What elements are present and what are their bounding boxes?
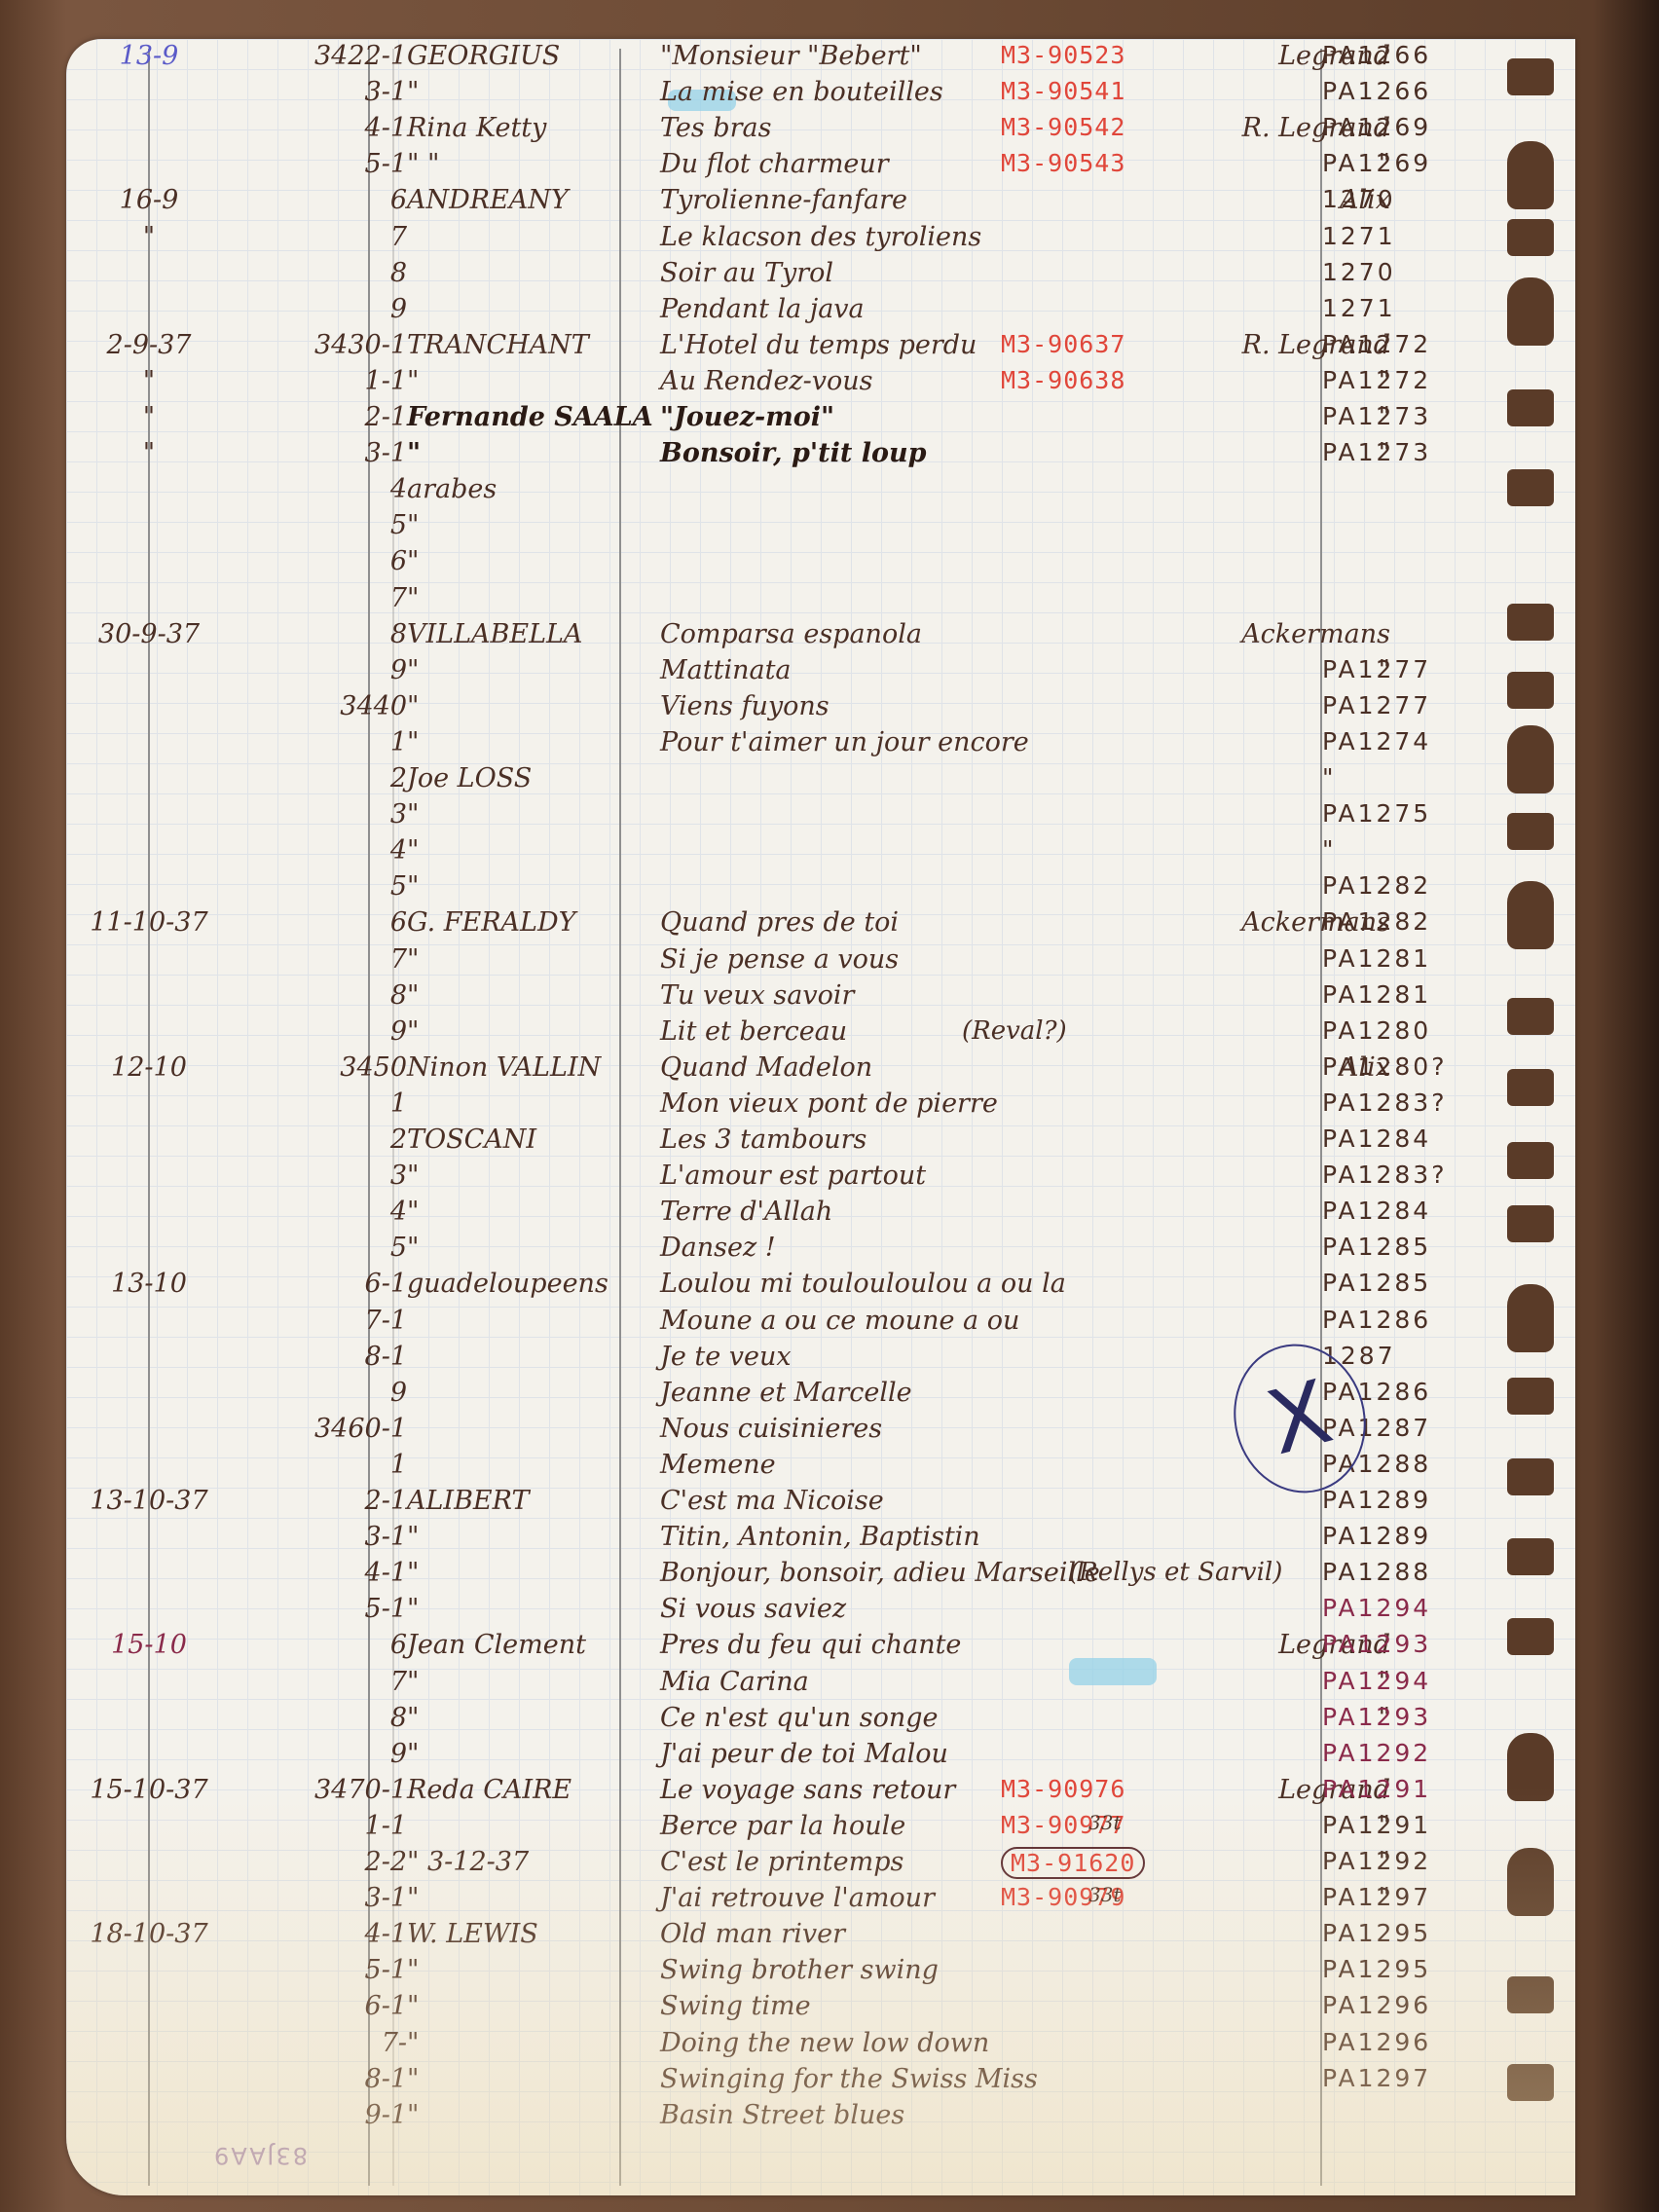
date-cell: 16-9 xyxy=(76,185,222,215)
margin-note: (Rellys et Sarvil) xyxy=(1069,1558,1282,1587)
pa-number-cell: PA1296 xyxy=(1322,1991,1527,2019)
pa-number-cell: PA1280? xyxy=(1322,1052,1527,1081)
matrix-number-cell: 8 xyxy=(212,1703,407,1733)
title-cell: Nous cuisinieres xyxy=(660,1414,1205,1444)
pa-number-cell: PA1273 xyxy=(1322,402,1527,430)
pa-number-cell: PA1282 xyxy=(1322,907,1527,936)
artist-cell: " xyxy=(407,1558,680,1588)
pa-number-cell: 1271 xyxy=(1322,222,1527,250)
title-cell: Je te veux xyxy=(660,1342,1205,1372)
matrix-number-cell: 3 xyxy=(212,799,407,829)
title-cell: Comparsa espanola xyxy=(660,619,1205,649)
table-row: 2TOSCANILes 3 tamboursPA1284 xyxy=(66,1124,1575,1161)
matrix-number-cell: 5-1 xyxy=(212,149,407,179)
table-row: 7" xyxy=(66,583,1575,619)
table-row: 5-1"Swing brother swingPA1295 xyxy=(66,1955,1575,1991)
date-cell: 30-9-37 xyxy=(76,619,222,649)
title-cell: Tyrolienne-fanfare xyxy=(660,185,1205,215)
pa-number-cell: PA1294 xyxy=(1322,1594,1527,1622)
title-cell: Pour t'aimer un jour encore xyxy=(660,727,1205,757)
table-row: 9-1"Basin Street blues xyxy=(66,2100,1575,2136)
artist-cell: " xyxy=(407,1739,680,1769)
artist-cell: " xyxy=(407,546,680,576)
table-row: 16-96ANDREANYTyrolienne-fanfareAlix1270 xyxy=(66,185,1575,221)
artist-cell: GEORGIUS xyxy=(407,41,680,71)
matrix-number-cell: 3470-1 xyxy=(212,1775,407,1805)
matrix-number-cell: 4-1 xyxy=(212,1558,407,1588)
matrix-number-cell: 4 xyxy=(212,1197,407,1227)
pa-number-cell: PA1285 xyxy=(1322,1233,1527,1261)
title-cell: Terre d'Allah xyxy=(660,1197,1205,1227)
table-row: 4arabes xyxy=(66,474,1575,510)
artist-cell: " xyxy=(407,727,680,757)
artist-cell: " xyxy=(407,799,680,829)
matrix-number-cell: 4-1 xyxy=(212,113,407,143)
table-row: 8-1"Swinging for the Swiss MissPA1297 xyxy=(66,2064,1575,2100)
pa-number-cell: PA1266 xyxy=(1322,41,1527,69)
artist-cell: " xyxy=(407,2064,680,2094)
pa-number-cell: PA1289 xyxy=(1322,1486,1527,1514)
table-row: 3440"Viens fuyonsPA1277 xyxy=(66,691,1575,727)
artist-cell: Ninon VALLIN xyxy=(407,1052,680,1083)
pa-number-cell: 1270 xyxy=(1322,185,1527,213)
title-cell: Ce n'est qu'un songe xyxy=(660,1703,1205,1733)
matrix-number-cell: 5 xyxy=(212,871,407,902)
title-cell: Basin Street blues xyxy=(660,2100,1205,2130)
table-row: 4-1Rina KettyTes brasM3-90542R. LegrandP… xyxy=(66,113,1575,149)
matrix-number-cell: 5 xyxy=(212,1233,407,1263)
table-row: 5"Dansez !PA1285 xyxy=(66,1233,1575,1269)
table-row: "7Le klacson des tyroliens1271 xyxy=(66,222,1575,258)
pa-number-cell: 1287 xyxy=(1322,1342,1527,1370)
table-row: "3-1"Bonsoir, p'tit loup"PA1273 xyxy=(66,438,1575,474)
title-cell: Berce par la houle xyxy=(660,1811,991,1841)
matrix-number-cell: 8 xyxy=(212,258,407,288)
artist-cell: ANDREANY xyxy=(407,185,680,215)
title-cell: Si je pense a vous xyxy=(660,944,1205,975)
title-cell: Doing the new low down xyxy=(660,2028,1205,2058)
table-row: 13-93422-1GEORGIUS"Monsieur "Bebert"M3-9… xyxy=(66,41,1575,77)
table-row: 3-1"La mise en bouteillesM3-90541PA1266 xyxy=(66,77,1575,113)
title-cell: Si vous saviez xyxy=(660,1594,1205,1624)
reference-cell: M3-91620 xyxy=(1001,1847,1145,1879)
artist-cell: " xyxy=(407,1594,680,1624)
date-cell: " xyxy=(76,222,222,252)
title-cell: Quand pres de toi xyxy=(660,907,1205,938)
title-cell: Loulou mi toulouloulou a ou la xyxy=(660,1269,1205,1299)
margin-note: (Reval?) xyxy=(962,1016,1067,1046)
pa-number-cell: PA1285 xyxy=(1322,1269,1527,1297)
pa-number-cell: PA1292 xyxy=(1322,1739,1527,1767)
title-cell: "Jouez-moi" xyxy=(660,402,1205,432)
artist-cell: " 3-12-37 xyxy=(407,1847,680,1877)
table-row: 8"Ce n'est qu'un songe"PA1293 xyxy=(66,1703,1575,1739)
title-cell: Pres du feu qui chante xyxy=(660,1630,1205,1660)
title-cell: Au Rendez-vous xyxy=(660,366,991,396)
title-cell: Titin, Antonin, Baptistin xyxy=(660,1522,1205,1552)
artist-cell: Fernande SAALA xyxy=(407,402,680,432)
matrix-number-cell: 9 xyxy=(212,294,407,324)
pa-number-cell: PA1284 xyxy=(1322,1124,1527,1153)
title-cell: Tu veux savoir xyxy=(660,980,1205,1011)
matrix-number-cell: 7 xyxy=(212,583,407,613)
title-cell: Mon vieux pont de pierre xyxy=(660,1088,1205,1119)
matrix-number-cell: 2 xyxy=(212,763,407,793)
artist-cell: G. FERALDY xyxy=(407,907,680,938)
pa-number-cell: PA1277 xyxy=(1322,691,1527,719)
table-row: 18-10-374-1W. LEWISOld man riverPA1295 xyxy=(66,1919,1575,1955)
matrix-number-cell: 4-1 xyxy=(212,1919,407,1949)
artist-cell: ALIBERT xyxy=(407,1486,680,1516)
date-cell: 15-10 xyxy=(76,1630,222,1660)
artist-cell: " xyxy=(407,77,680,107)
artist-cell: " xyxy=(407,1522,680,1552)
pa-number-cell: PA1281 xyxy=(1322,944,1527,973)
matrix-number-cell: 8-1 xyxy=(212,1342,407,1372)
matrix-number-cell: 7 xyxy=(212,1667,407,1697)
title-cell: L'amour est partout xyxy=(660,1161,1205,1191)
matrix-number-cell: 7- xyxy=(212,2028,407,2058)
title-cell: Old man river xyxy=(660,1919,1205,1949)
margin-note: 33t xyxy=(1088,1883,1122,1906)
reference-cell: M3-90637 xyxy=(1001,330,1125,358)
pa-number-cell: 1270 xyxy=(1322,258,1527,286)
artist-cell: TOSCANI xyxy=(407,1124,680,1155)
artist-cell: " xyxy=(407,655,680,685)
matrix-number-cell: 6-1 xyxy=(212,1269,407,1299)
ink-stamp: 83JAA9 xyxy=(212,2142,308,2169)
reference-cell: M3-90638 xyxy=(1001,366,1125,394)
date-cell: " xyxy=(76,402,222,432)
table-row: 3-1"J'ai retrouve l'amourM3-90979"PA1297… xyxy=(66,1883,1575,1919)
table-row: 9"Lit et berceauPA1280(Reval?) xyxy=(66,1016,1575,1052)
artist-cell: " xyxy=(407,944,680,975)
table-row: 4"Terre d'AllahPA1284 xyxy=(66,1197,1575,1233)
table-row: 1-1Berce par la houleM3-90977"PA129133t xyxy=(66,1811,1575,1847)
matrix-number-cell: 1 xyxy=(212,1450,407,1480)
matrix-number-cell: 9 xyxy=(212,655,407,685)
table-row: 1Mon vieux pont de pierrePA1283? xyxy=(66,1088,1575,1124)
reference-cell: M3-90542 xyxy=(1001,113,1125,141)
table-row: 8"Tu veux savoirPA1281 xyxy=(66,980,1575,1016)
title-cell: L'Hotel du temps perdu xyxy=(660,330,991,360)
title-cell: Du flot charmeur xyxy=(660,149,991,179)
pa-number-cell: PA1288 xyxy=(1322,1558,1527,1586)
matrix-number-cell: 6-1 xyxy=(212,1991,407,2021)
matrix-number-cell: 5-1 xyxy=(212,1594,407,1624)
title-cell: J'ai peur de toi Malou xyxy=(660,1739,1205,1769)
title-cell: Le klacson des tyroliens xyxy=(660,222,1205,252)
table-row: 7"Si je pense a vousPA1281 xyxy=(66,944,1575,980)
artist-cell: " xyxy=(407,1233,680,1263)
table-row: 4"" xyxy=(66,835,1575,871)
date-cell: 15-10-37 xyxy=(76,1775,222,1805)
table-row: 3"L'amour est partoutPA1283? xyxy=(66,1161,1575,1197)
pa-number-cell: PA1280 xyxy=(1322,1016,1527,1045)
matrix-number-cell: 7-1 xyxy=(212,1306,407,1336)
matrix-number-cell: 3430-1 xyxy=(212,330,407,360)
pa-number-cell: PA1269 xyxy=(1322,113,1527,141)
title-cell: Swing brother swing xyxy=(660,1955,1205,1985)
table-row: 15-106Jean ClementPres du feu qui chante… xyxy=(66,1630,1575,1666)
pa-number-cell: 1271 xyxy=(1322,294,1527,322)
table-row: "1-1"Au Rendez-vousM3-90638"PA1272 xyxy=(66,366,1575,402)
date-cell: " xyxy=(76,438,222,468)
artist-cell: " xyxy=(407,835,680,866)
pa-number-cell: PA1295 xyxy=(1322,1955,1527,1983)
title-cell: Le voyage sans retour xyxy=(660,1775,991,1805)
pa-number-cell: PA1297 xyxy=(1322,2064,1527,2092)
title-cell: Mia Carina xyxy=(660,1667,1205,1697)
matrix-number-cell: 1-1 xyxy=(212,1811,407,1841)
margin-note: 33t xyxy=(1088,1811,1122,1834)
table-row: 9"J'ai peur de toi MalouPA1292 xyxy=(66,1739,1575,1775)
table-row: 3"PA1275 xyxy=(66,799,1575,835)
pa-number-cell: PA1266 xyxy=(1322,77,1527,105)
title-cell: Quand Madelon xyxy=(660,1052,1205,1083)
artist-cell: " xyxy=(407,1016,680,1047)
artist-cell: VILLABELLA xyxy=(407,619,680,649)
table-row: "2-1Fernande SAALA"Jouez-moi""PA1273 xyxy=(66,402,1575,438)
artist-cell: " xyxy=(407,871,680,902)
table-row: 9Pendant la java1271 xyxy=(66,294,1575,330)
matrix-number-cell: 9 xyxy=(212,1739,407,1769)
artist-cell: TRANCHANT xyxy=(407,330,680,360)
table-row: 5-1" "Du flot charmeurM3-90543"PA1269 xyxy=(66,149,1575,185)
artist-cell: " xyxy=(407,1955,680,1985)
artist-cell: " xyxy=(407,2100,680,2130)
date-cell: 13-9 xyxy=(76,41,222,71)
date-cell: 12-10 xyxy=(76,1052,222,1083)
table-row: 15-10-373470-1Reda CAIRELe voyage sans r… xyxy=(66,1775,1575,1811)
title-cell: Tes bras xyxy=(660,113,991,143)
title-cell: Jeanne et Marcelle xyxy=(660,1378,1205,1408)
matrix-number-cell: 3-1 xyxy=(212,77,407,107)
matrix-number-cell: 8 xyxy=(212,980,407,1011)
table-row: 5-1"Si vous saviezPA1294 xyxy=(66,1594,1575,1630)
title-cell: "Monsieur "Bebert" xyxy=(660,41,991,71)
pa-number-cell: PA1291 xyxy=(1322,1775,1527,1803)
matrix-number-cell: 4 xyxy=(212,474,407,504)
title-cell: Bonsoir, p'tit loup xyxy=(660,438,1205,468)
date-cell: 13-10 xyxy=(76,1269,222,1299)
artist-cell: Reda CAIRE xyxy=(407,1775,680,1805)
pa-number-cell: PA1283? xyxy=(1322,1088,1527,1117)
pa-number-cell: PA1295 xyxy=(1322,1919,1527,1947)
matrix-number-cell: 3-1 xyxy=(212,1522,407,1552)
matrix-number-cell: 3-1 xyxy=(212,1883,407,1913)
table-row: 2Joe LOSS" xyxy=(66,763,1575,799)
table-row: 7"Mia Carina"PA1294 xyxy=(66,1667,1575,1703)
artist-cell: W. LEWIS xyxy=(407,1919,680,1949)
matrix-number-cell: 6 xyxy=(212,185,407,215)
pa-number-cell: PA1272 xyxy=(1322,366,1527,394)
matrix-number-cell: 5 xyxy=(212,510,407,540)
pa-number-cell: PA1291 xyxy=(1322,1811,1527,1839)
matrix-number-cell: 3440 xyxy=(212,691,407,721)
artist-cell: " " xyxy=(407,149,680,179)
matrix-number-cell: 9 xyxy=(212,1378,407,1408)
pa-number-cell: PA1293 xyxy=(1322,1630,1527,1658)
pa-number-cell: PA1272 xyxy=(1322,330,1527,358)
title-cell: J'ai retrouve l'amour xyxy=(660,1883,991,1913)
date-cell: " xyxy=(76,366,222,396)
table-row: 7-"Doing the new low downPA1296 xyxy=(66,2028,1575,2064)
matrix-number-cell: 2 xyxy=(212,1124,407,1155)
pa-number-cell: PA1292 xyxy=(1322,1847,1527,1875)
pa-number-cell: PA1274 xyxy=(1322,727,1527,756)
title-cell: Les 3 tambours xyxy=(660,1124,1205,1155)
title-cell: Dansez ! xyxy=(660,1233,1205,1263)
matrix-number-cell: 1 xyxy=(212,727,407,757)
artist-cell: " xyxy=(407,1197,680,1227)
pa-number-cell: PA1282 xyxy=(1322,871,1527,900)
title-cell: Swing time xyxy=(660,1991,1205,2021)
pa-number-cell: PA1286 xyxy=(1322,1306,1527,1334)
pa-number-cell: PA1297 xyxy=(1322,1883,1527,1911)
table-row: 6" xyxy=(66,546,1575,582)
reference-cell: M3-90523 xyxy=(1001,41,1125,69)
table-row: 8Soir au Tyrol1270 xyxy=(66,258,1575,294)
date-cell: 11-10-37 xyxy=(76,907,222,938)
matrix-number-cell: 3422-1 xyxy=(212,41,407,71)
matrix-number-cell: 3-1 xyxy=(212,438,407,468)
pa-number-cell: PA1281 xyxy=(1322,980,1527,1009)
pa-number-cell: PA1273 xyxy=(1322,438,1527,466)
table-row: 9"Mattinata"PA1277 xyxy=(66,655,1575,691)
artist-cell: " xyxy=(407,583,680,613)
title-cell: Memene xyxy=(660,1450,1205,1480)
pa-number-cell: PA1296 xyxy=(1322,2028,1527,2056)
table-row: 5"PA1282 xyxy=(66,871,1575,907)
reference-cell: M3-90976 xyxy=(1001,1775,1125,1803)
artist-cell: Jean Clement xyxy=(407,1630,680,1660)
matrix-number-cell: 1-1 xyxy=(212,366,407,396)
table-row: 11-10-376G. FERALDYQuand pres de toiAcke… xyxy=(66,907,1575,943)
matrix-number-cell: 3 xyxy=(212,1161,407,1191)
artist-cell: " xyxy=(407,1991,680,2021)
table-row: 30-9-378VILLABELLAComparsa espanolaAcker… xyxy=(66,619,1575,655)
title-cell: C'est le printemps xyxy=(660,1847,991,1877)
table-row: 13-106-1guadeloupeensLoulou mi touloulou… xyxy=(66,1269,1575,1305)
artist-cell: " xyxy=(407,980,680,1011)
table-row: 13-10-372-1ALIBERTC'est ma NicoisePA1289 xyxy=(66,1486,1575,1522)
reference-cell: M3-90543 xyxy=(1001,149,1125,177)
pa-number-cell: PA1293 xyxy=(1322,1703,1527,1731)
matrix-number-cell: 3460-1 xyxy=(212,1414,407,1444)
date-cell: 18-10-37 xyxy=(76,1919,222,1949)
title-cell: Pendant la java xyxy=(660,294,1205,324)
pa-number-cell: PA1277 xyxy=(1322,655,1527,683)
matrix-number-cell: 9 xyxy=(212,1016,407,1047)
artist-cell: guadeloupeens xyxy=(407,1269,680,1299)
matrix-number-cell: 1 xyxy=(212,1088,407,1119)
table-row: 1"Pour t'aimer un jour encorePA1274 xyxy=(66,727,1575,763)
ledger-page: 13-93422-1GEORGIUS"Monsieur "Bebert"M3-9… xyxy=(66,39,1575,2195)
title-cell: La mise en bouteilles xyxy=(660,77,991,107)
title-cell: Moune a ou ce moune a ou xyxy=(660,1306,1205,1336)
artist-cell: Joe LOSS xyxy=(407,763,680,793)
artist-cell: " xyxy=(407,691,680,721)
matrix-number-cell: 3450 xyxy=(212,1052,407,1083)
matrix-number-cell: 2-1 xyxy=(212,402,407,432)
artist-cell: Rina Ketty xyxy=(407,113,680,143)
title-cell: Viens fuyons xyxy=(660,691,1205,721)
matrix-number-cell: 2-2 xyxy=(212,1847,407,1877)
pa-number-cell: PA1269 xyxy=(1322,149,1527,177)
title-cell: Lit et berceau xyxy=(660,1016,1205,1047)
matrix-number-cell: 7 xyxy=(212,222,407,252)
composer-cell: Ackermans xyxy=(1137,619,1390,649)
pa-number-cell: PA1294 xyxy=(1322,1667,1527,1695)
matrix-number-cell: 6 xyxy=(212,1630,407,1660)
matrix-number-cell: 7 xyxy=(212,944,407,975)
table-row: 12-103450Ninon VALLINQuand MadelonAlixPA… xyxy=(66,1052,1575,1088)
matrix-number-cell: 6 xyxy=(212,546,407,576)
matrix-number-cell: 4 xyxy=(212,835,407,866)
table-row: 3-1"Titin, Antonin, BaptistinPA1289 xyxy=(66,1522,1575,1558)
table-row: 6-1"Swing timePA1296 xyxy=(66,1991,1575,2027)
table-row: 2-2" 3-12-37C'est le printempsM3-91620"P… xyxy=(66,1847,1575,1883)
date-cell: 2-9-37 xyxy=(76,330,222,360)
table-row: 5" xyxy=(66,510,1575,546)
table-row: 4-1"Bonjour, bonsoir, adieu MarseillePA1… xyxy=(66,1558,1575,1594)
artist-cell: arabes xyxy=(407,474,680,504)
artist-cell: " xyxy=(407,2028,680,2058)
date-cell: 13-10-37 xyxy=(76,1486,222,1516)
title-cell: Soir au Tyrol xyxy=(660,258,1205,288)
matrix-number-cell: 6 xyxy=(212,907,407,938)
matrix-number-cell: 5-1 xyxy=(212,1955,407,1985)
table-row: 2-9-373430-1TRANCHANTL'Hotel du temps pe… xyxy=(66,330,1575,366)
pa-number-cell: PA1284 xyxy=(1322,1197,1527,1225)
matrix-number-cell: 2-1 xyxy=(212,1486,407,1516)
artist-cell: " xyxy=(407,1667,680,1697)
artist-cell: " xyxy=(407,1883,680,1913)
title-cell: Mattinata xyxy=(660,655,1205,685)
reference-cell: M3-90541 xyxy=(1001,77,1125,105)
matrix-number-cell: 8-1 xyxy=(212,2064,407,2094)
pa-number-cell: PA1289 xyxy=(1322,1522,1527,1550)
title-cell: C'est ma Nicoise xyxy=(660,1486,1205,1516)
artist-cell: " xyxy=(407,1703,680,1733)
pa-number-cell: PA1275 xyxy=(1322,799,1527,828)
pa-number-cell: " xyxy=(1322,763,1527,792)
artist-cell: " xyxy=(407,438,680,468)
matrix-number-cell: 9-1 xyxy=(212,2100,407,2130)
artist-cell: " xyxy=(407,1161,680,1191)
artist-cell: " xyxy=(407,510,680,540)
title-cell: Swinging for the Swiss Miss xyxy=(660,2064,1205,2094)
matrix-number-cell: 8 xyxy=(212,619,407,649)
pa-number-cell: PA1283? xyxy=(1322,1161,1527,1189)
pa-number-cell: " xyxy=(1322,835,1527,864)
artist-cell: " xyxy=(407,366,680,396)
table-row: 7-1Moune a ou ce moune a ouPA1286 xyxy=(66,1306,1575,1342)
